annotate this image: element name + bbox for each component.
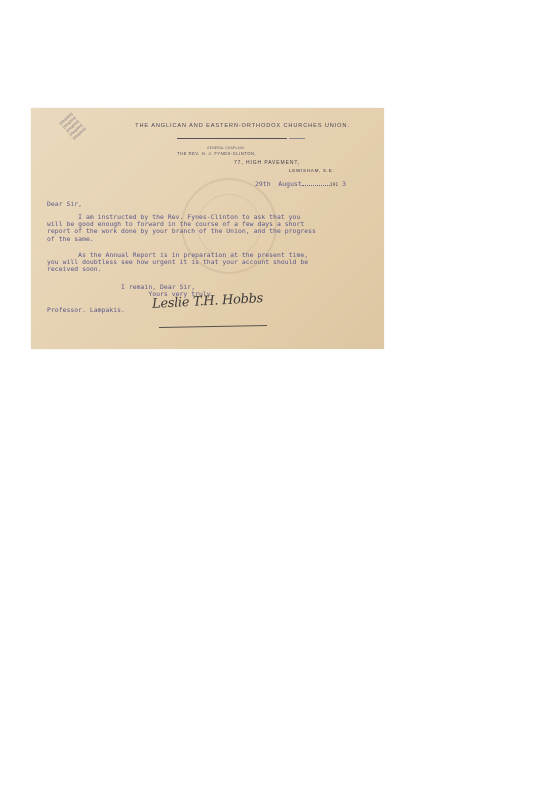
signature-underline (159, 325, 267, 328)
body-paragraph: I am instructed by the Rev. Fynes-Clinto… (47, 214, 316, 243)
date-fill-line (302, 185, 330, 186)
address-line-1: 77, HIGH PAVEMENT, (234, 160, 300, 166)
date-year-prefix: 191 (330, 183, 338, 188)
chaplain-label: GENERAL CHAPLAIN: (207, 146, 245, 150)
date-day: 29th (255, 180, 271, 188)
letterhead-rule (177, 138, 287, 139)
chaplain-name: THE REV. H. J. FYNES-CLINTON, (177, 151, 256, 156)
letter-date: 29th August191 3 (255, 181, 346, 189)
letter-document: [illegible] [illegible] [illegible] [ill… (31, 108, 384, 349)
date-year-suffix: 3 (342, 180, 346, 188)
address-line-2: LEWISHAM, S.E. (289, 168, 335, 173)
organization-name: THE ANGLICAN AND EASTERN-ORTHODOX CHURCH… (31, 123, 384, 129)
letterhead-diagonal-block: [illegible] [illegible] [illegible] [ill… (35, 108, 111, 163)
recipient: Professor. Lampakis. (47, 307, 125, 314)
salutation: Dear Sir, (47, 201, 82, 208)
letterhead-rule-dash (289, 138, 305, 139)
body-paragraph: As the Annual Report is in preparation a… (47, 252, 308, 274)
date-month: August (278, 180, 301, 188)
